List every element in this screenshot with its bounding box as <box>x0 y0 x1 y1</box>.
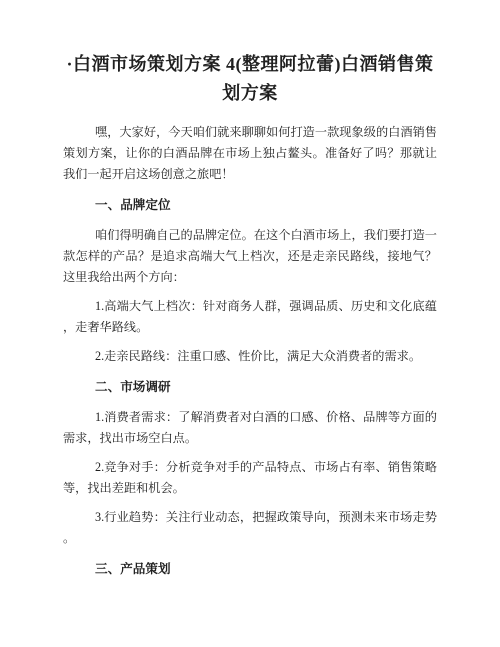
section-heading-1: 一、品牌定位 <box>63 195 437 216</box>
section-heading-5: 二、市场调研 <box>63 377 437 398</box>
section-heading-9: 三、产品策划 <box>63 559 437 580</box>
paragraph-8: 3.行业趋势：关注行业动态，把握政策导向，预测未来市场走势。 <box>63 507 437 549</box>
paragraph-7: 2.竞争对手：分析竞争对手的产品特点、市场占有率、销售策略等，找出差距和机会。 <box>63 457 437 499</box>
document-title: ·白酒市场策划方案 4(整理阿拉蕾)白酒销售策划方案 <box>63 50 437 108</box>
paragraph-4: 2.走亲民路线：注重口感、性价比，满足大众消费者的需求。 <box>63 346 437 367</box>
paragraph-0: 嘿，大家好，今天咱们就来聊聊如何打造一款现象级的白酒销售策划方案，让你的白酒品牌… <box>63 122 437 185</box>
paragraph-3: 1.高端大气上档次：针对商务人群，强调品质、历史和文化底蕴，走奢华路线。 <box>63 296 437 338</box>
document-body: 嘿，大家好，今天咱们就来聊聊如何打造一款现象级的白酒销售策划方案，让你的白酒品牌… <box>63 122 437 580</box>
document-page: ·白酒市场策划方案 4(整理阿拉蕾)白酒销售策划方案 嘿，大家好，今天咱们就来聊… <box>0 0 500 647</box>
paragraph-2: 咱们得明确自己的品牌定位。在这个白酒市场上，我们要打造一款怎样的产品？是追求高端… <box>63 225 437 288</box>
paragraph-6: 1.消费者需求：了解消费者对白酒的口感、价格、品牌等方面的需求，找出市场空白点。 <box>63 407 437 449</box>
